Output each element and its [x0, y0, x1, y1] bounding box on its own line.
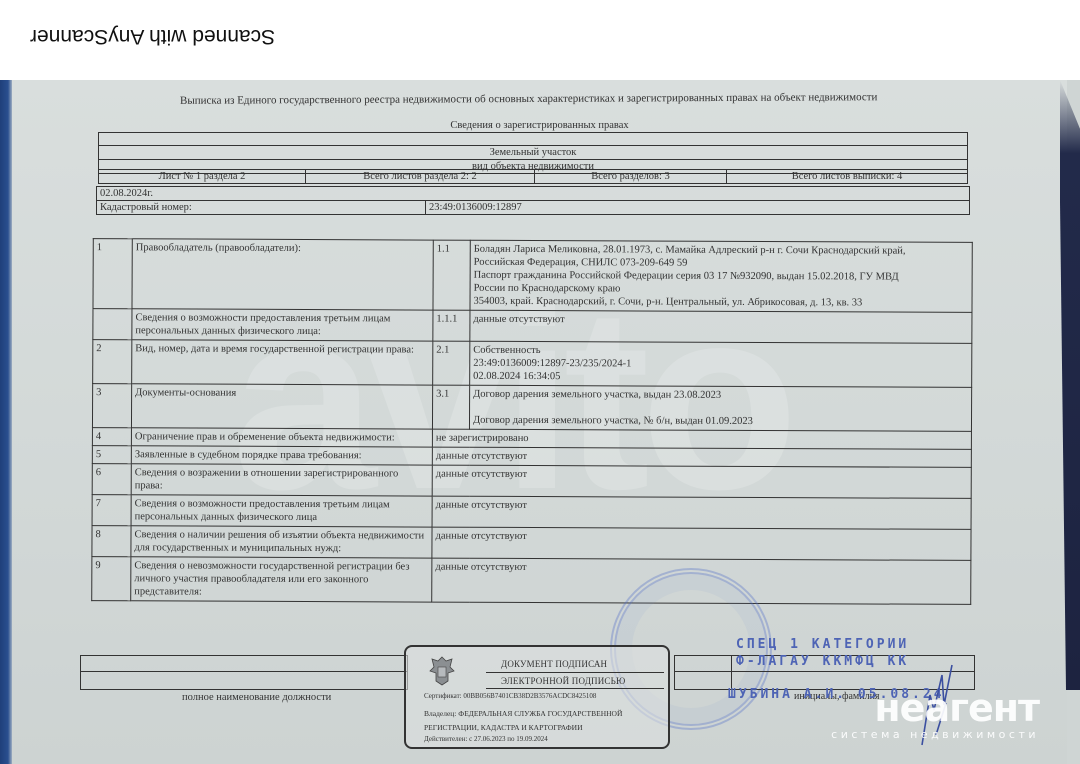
table-row: 2Вид, номер, дата и время государственно… [93, 340, 972, 388]
row-value: данные отсутствуют [470, 310, 972, 343]
row-number: 6 [92, 464, 131, 495]
row-subnumber: 1.1.1 [433, 310, 470, 341]
es-signed-line2: ЭЛЕКТРОННОЙ ПОДПИСЬЮ [501, 676, 625, 686]
row-value: Боладян Лариса Меликовна, 28.01.1973, с.… [470, 240, 972, 312]
table-row: 8Сведения о наличии решения об изъятии о… [92, 526, 971, 561]
row-value: не зарегистрировано [432, 429, 971, 449]
row-label: Заявленные в судебном порядке права треб… [131, 446, 432, 465]
sheet-info-table: Лист № 1 раздела 2 Всего листов раздела … [98, 169, 968, 184]
sections-total: Всего разделов: 3 [535, 170, 727, 184]
row-value-line: данные отсутствуют [473, 313, 968, 328]
row-value: Договор дарения земельного участка, выда… [469, 385, 971, 431]
row-label: Сведения о возможности предоставления тр… [132, 309, 433, 341]
table-row: 6Сведения о возражении в отношении зарег… [92, 464, 971, 499]
row-number: 4 [92, 428, 131, 446]
row-label: Документы-основания [131, 384, 432, 429]
row-value: данные отсутствуют [432, 465, 971, 498]
document-subtitle: Сведения о зарегистрированных правах [12, 120, 1067, 131]
row-number: 2 [93, 340, 132, 384]
row-value: Собственность23:49:0136009:12897-23/235/… [470, 341, 972, 387]
row-subnumber: 3.1 [432, 385, 469, 429]
document-paper: avito Выписка из Единого государственног… [12, 80, 1067, 764]
row-subnumber: 2.1 [433, 341, 470, 385]
document-title: Выписка из Единого государственного реес… [180, 91, 877, 107]
table-row: 9Сведения о невозможности государственно… [92, 557, 971, 605]
row-label: Вид, номер, дата и время государственной… [132, 340, 433, 385]
neagent-brand-watermark: неагент система недвижимости [831, 688, 1039, 741]
es-owner: Владелец: ФЕДЕРАЛЬНАЯ СЛУЖБА ГОСУДАРСТВЕ… [424, 707, 664, 735]
row-value: данные отсутствуют [432, 447, 971, 467]
scanner-banner: Scanned with AnyScanner [0, 0, 1080, 80]
table-row: Сведения о возможности предоставления тр… [93, 309, 972, 344]
row-number: 1 [93, 239, 132, 309]
table-row: 1Правообладатель (правообладатели):1.1Бо… [93, 239, 972, 313]
row-subnumber: 1.1 [433, 240, 470, 310]
stamp-line-1: СПЕЦ 1 КАТЕГОРИИ [736, 637, 909, 652]
sheets-in-section: Всего листов раздела 2: 2 [306, 170, 535, 184]
rights-table: 1Правообладатель (правообладатели):1.1Бо… [91, 238, 973, 605]
cadastral-number: 23:49:0136009:12897 [426, 201, 970, 215]
sheets-total: Всего листов выписки: 4 [727, 170, 968, 184]
row-label: Ограничение прав и обременение объекта н… [131, 428, 432, 447]
row-value: данные отсутствуют [432, 527, 971, 560]
row-label: Правообладатель (правообладатели): [132, 239, 433, 310]
object-type-table: Земельный участок вид объекта недвижимос… [98, 132, 968, 174]
row-number: 7 [92, 495, 131, 526]
extract-date: 02.08.2024г. [97, 187, 970, 201]
row-value-line: 354003, край. Краснодарский, г. Сочи, р-… [473, 295, 968, 310]
stamp-line-2: Ф-ЛАГАУ ККМФЦ КК [736, 654, 909, 669]
row-number [93, 309, 132, 340]
es-certificate: Сертификат: 00BB056B7401CB38D2B3576ACDC8… [424, 692, 596, 700]
brand-name: неагент [831, 688, 1039, 728]
coat-of-arms-icon [428, 655, 456, 687]
row-value-line: Договор дарения земельного участка, № б/… [473, 414, 968, 429]
es-signed-line1: ДОКУМЕНТ ПОДПИСАН [501, 659, 607, 669]
object-type: Земельный участок [99, 146, 968, 160]
row-number: 9 [92, 557, 131, 601]
table-row: 7Сведения о возможности предоставления т… [92, 495, 971, 530]
brand-tagline: система недвижимости [831, 728, 1039, 741]
cadastral-table: 02.08.2024г. Кадастровый номер: 23:49:01… [96, 186, 970, 215]
row-label: Сведения о наличии решения об изъятии об… [131, 526, 432, 558]
row-number: 3 [92, 384, 131, 428]
row-label: Сведения о возможности предоставления тр… [131, 495, 432, 527]
scanner-banner-text: Scanned with AnyScanner [30, 24, 275, 48]
position-caption: полное наименование должности [182, 692, 331, 703]
row-label: Сведения о невозможности государственной… [131, 557, 432, 602]
electronic-signature-block: ДОКУМЕНТ ПОДПИСАН ЭЛЕКТРОННОЙ ПОДПИСЬЮ С… [404, 645, 670, 749]
document-photo: avito Выписка из Единого государственног… [0, 80, 1080, 764]
cadastral-label: Кадастровый номер: [97, 201, 426, 215]
row-value-line: 02.08.2024 16:34:05 [473, 370, 968, 385]
row-value: данные отсутствуют [432, 496, 971, 529]
row-value-line: Договор дарения земельного участка, выда… [473, 388, 968, 403]
table-row: 3Документы-основания3.1Договор дарения з… [92, 384, 971, 432]
row-label: Сведения о возражении в отношении зареги… [131, 464, 432, 496]
row-number: 8 [92, 526, 131, 557]
es-validity: Действителен: с 27.06.2023 по 19.09.2024 [424, 735, 548, 743]
row-number: 5 [92, 446, 131, 464]
sheet-number: Лист № 1 раздела 2 [99, 170, 306, 184]
